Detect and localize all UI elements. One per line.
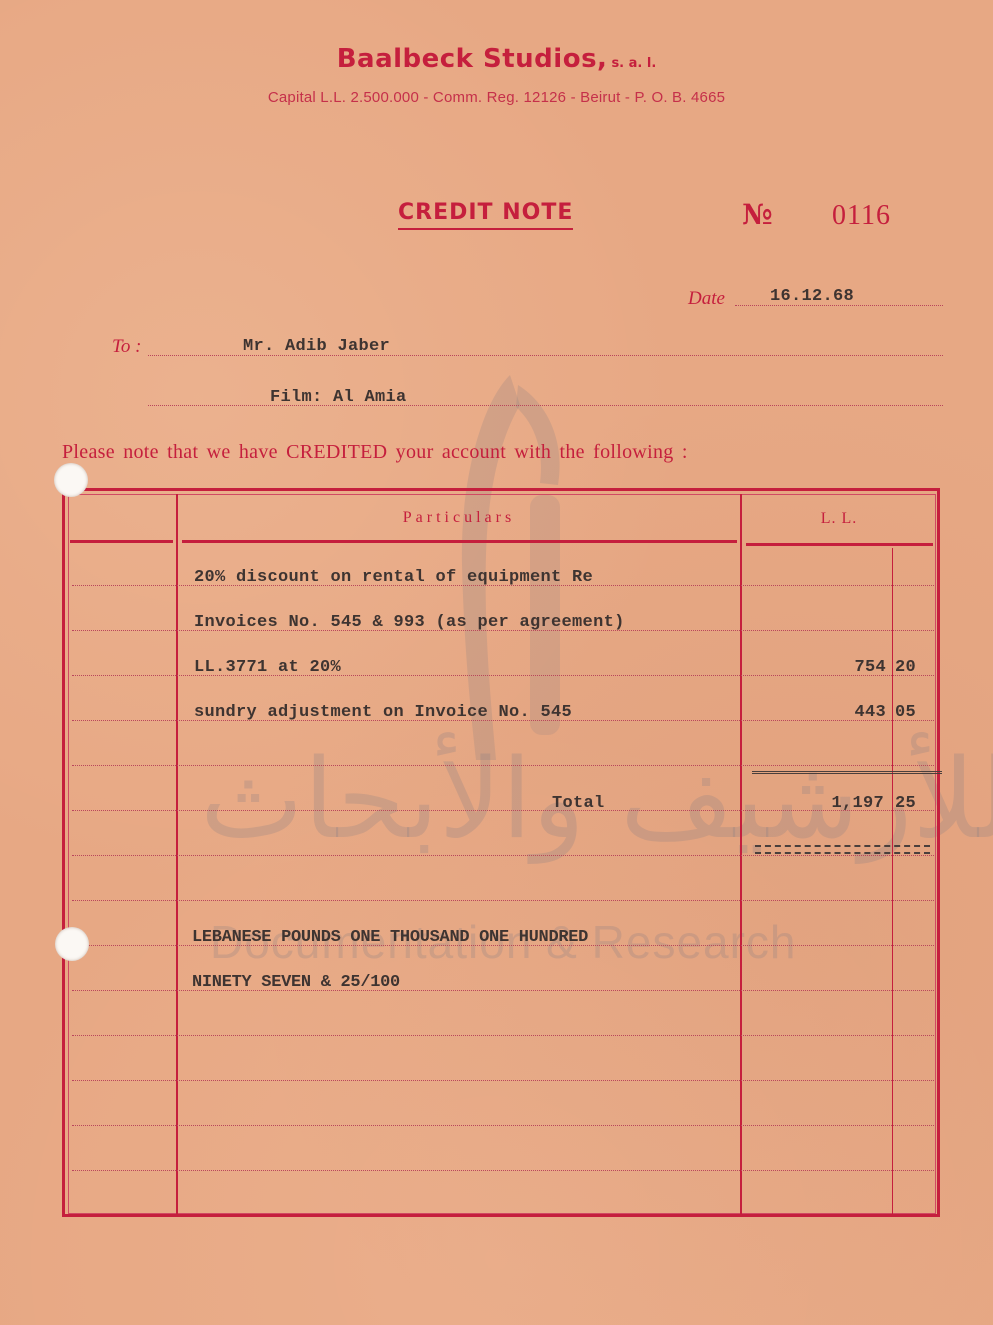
- row-piastres: 20: [895, 658, 916, 677]
- table-frame-inner: [68, 494, 936, 1214]
- numero-sign-icon: №: [742, 198, 772, 231]
- row-particulars: 20% discount on rental of equipment Re: [194, 568, 593, 587]
- company-name: Baalbeck Studios,s. a. l.: [0, 44, 993, 74]
- ruled-line: [72, 1035, 934, 1036]
- row-pounds: 754: [790, 658, 886, 677]
- column-divider-amount: [740, 494, 742, 1214]
- total-pounds: 1,197: [780, 794, 884, 813]
- header-underline-amount: [746, 543, 933, 546]
- date-label: Date: [688, 288, 725, 310]
- header-underline-left: [70, 540, 173, 543]
- total-label: Total: [552, 794, 605, 813]
- date-value: 16.12.68: [770, 287, 854, 306]
- currency-header: L. L.: [742, 510, 936, 528]
- punch-hole-top: [54, 463, 88, 497]
- subtotal-rule: [752, 771, 942, 774]
- document-number: 0116: [832, 200, 891, 232]
- row-particulars: Invoices No. 545 & 993 (as per agreement…: [194, 613, 625, 632]
- total-double-rule: [755, 845, 930, 854]
- recipient-name: Mr. Adib Jaber: [243, 337, 390, 356]
- to-label: To :: [112, 336, 141, 358]
- row-particulars: LL.3771 at 20%: [194, 658, 341, 677]
- column-divider-piastres: [892, 548, 893, 1214]
- recipient-line-2: [148, 405, 943, 406]
- ruled-line: [72, 1170, 934, 1171]
- document-title: CREDIT NOTE: [398, 200, 573, 230]
- company-details: Capital L.L. 2.500.000 - Comm. Reg. 1212…: [0, 89, 993, 106]
- company-suffix: s. a. l.: [611, 56, 656, 71]
- row-piastres: 05: [895, 703, 916, 722]
- amount-in-words-line-1: LEBANESE POUNDS ONE THOUSAND ONE HUNDRED: [192, 928, 588, 947]
- ruled-line: [72, 1125, 934, 1126]
- particulars-header: Particulars: [178, 509, 740, 527]
- column-divider-left: [176, 494, 178, 1214]
- amount-in-words-line-2: NINETY SEVEN & 25/100: [192, 973, 400, 992]
- header-underline-particulars: [182, 540, 737, 543]
- recipient-film: Film: Al Amia: [270, 388, 407, 407]
- company-name-text: Baalbeck Studios,: [337, 44, 608, 74]
- row-particulars: sundry adjustment on Invoice No. 545: [194, 703, 572, 722]
- ruled-line: [72, 765, 934, 766]
- intro-text: Please note that we have CREDITED your a…: [62, 441, 688, 464]
- punch-hole-bottom: [55, 927, 89, 961]
- ruled-line: [72, 900, 934, 901]
- ruled-line: [72, 1080, 934, 1081]
- ruled-line: [72, 855, 934, 856]
- total-piastres: 25: [895, 794, 916, 813]
- row-pounds: 443: [790, 703, 886, 722]
